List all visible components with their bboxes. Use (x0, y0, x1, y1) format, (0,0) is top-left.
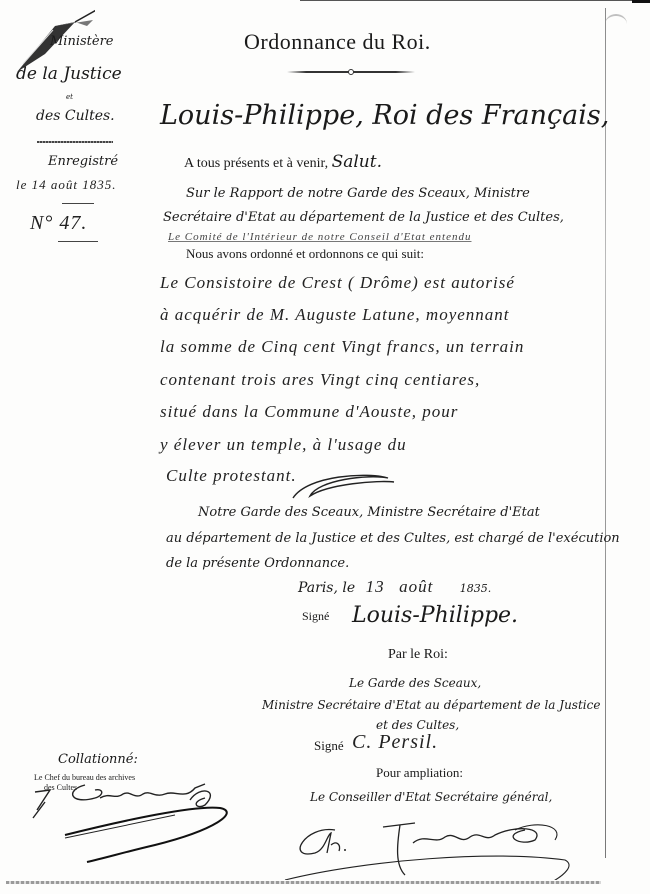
et-des-cultes-label: et des Cultes, (376, 718, 459, 732)
signe-label: Signé (302, 609, 329, 624)
top-border-rule (300, 0, 650, 1)
salutation-text: A tous présents et à venir, (184, 156, 328, 171)
dating-day: 13 (366, 577, 385, 596)
body-line: situé dans la Commune d'Aouste, pour (160, 402, 458, 422)
margin-divider (62, 203, 94, 204)
document-page: Ministère de la Justice et des Cultes. E… (0, 0, 650, 894)
bottom-border-rule (6, 881, 601, 884)
body-line: contenant trois ares Vingt cinq centiare… (160, 370, 480, 390)
ministry-line2: de la Justice (16, 64, 122, 84)
ordered-line: Nous avons ordonné et ordonnons ce qui s… (186, 246, 424, 262)
secretary-signature-icon (265, 805, 595, 880)
dating-year: 1835. (460, 582, 492, 595)
registered-date: le 14 août 1835. (16, 177, 117, 193)
ministry-line3: des Cultes. (36, 108, 115, 124)
right-corner-flourish (605, 14, 627, 34)
salut-word: Salut. (332, 152, 382, 172)
execution-line2: au département de la Justice et des Cult… (166, 531, 620, 546)
ministry-et: et (66, 93, 73, 101)
title-ornament-dot (348, 69, 354, 75)
collation-signature-icon (25, 780, 230, 880)
ministry-line1: Ministère (50, 34, 114, 49)
right-margin-rule (605, 8, 606, 858)
body-line: la somme de Cinq cent Vingt francs, un t… (160, 337, 524, 357)
dating-line: Paris, le 13 août 1835. (298, 577, 491, 597)
report-line1: Sur le Rapport de notre Garde des Sceaux… (186, 186, 530, 201)
closing-flourish-icon (288, 470, 398, 500)
king-heading: Louis-Philippe, Roi des Français, (160, 100, 609, 131)
body-line: Le Consistoire de Crest ( Drôme) est aut… (160, 273, 515, 293)
body-line: à acquérir de M. Auguste Latune, moyenna… (160, 305, 510, 325)
registered-label: Enregistré (48, 154, 118, 169)
king-signature: Louis-Philippe. (352, 603, 518, 628)
margin-divider (58, 241, 98, 242)
top-corner-mark (632, 0, 650, 3)
conseiller-label: Le Conseiller d'Etat Secrétaire général, (310, 790, 552, 804)
execution-line1: Notre Garde des Sceaux, Ministre Secréta… (198, 505, 540, 520)
document-title: Ordonnance du Roi. (244, 29, 431, 55)
body-line: Culte protestant. (166, 466, 297, 486)
body-line: y élever un temple, à l'usage du (160, 435, 407, 455)
par-le-roi: Par le Roi: (388, 647, 448, 663)
dating-place: Paris, le (298, 580, 355, 596)
minister-signature: C. Persil. (352, 731, 438, 754)
dating-month: août (399, 577, 433, 596)
margin-divider (37, 141, 113, 143)
registration-number: N° 47. (30, 212, 87, 235)
comite-insertion: Le Comité de l'Intérieur de notre Consei… (168, 231, 471, 243)
signe-label: Signé (314, 738, 344, 754)
ampliation-label: Pour ampliation: (376, 765, 463, 781)
collation-label: Collationné: (58, 752, 138, 767)
salutation: A tous présents et à venir, Salut. (184, 152, 382, 172)
execution-line3: de la présente Ordonnance. (166, 556, 349, 571)
ministre-label: Ministre Secrétaire d'Etat au départemen… (262, 698, 600, 712)
report-line2: Secrétaire d'Etat au département de la J… (163, 210, 564, 225)
garde-label: Le Garde des Sceaux, (349, 676, 481, 690)
